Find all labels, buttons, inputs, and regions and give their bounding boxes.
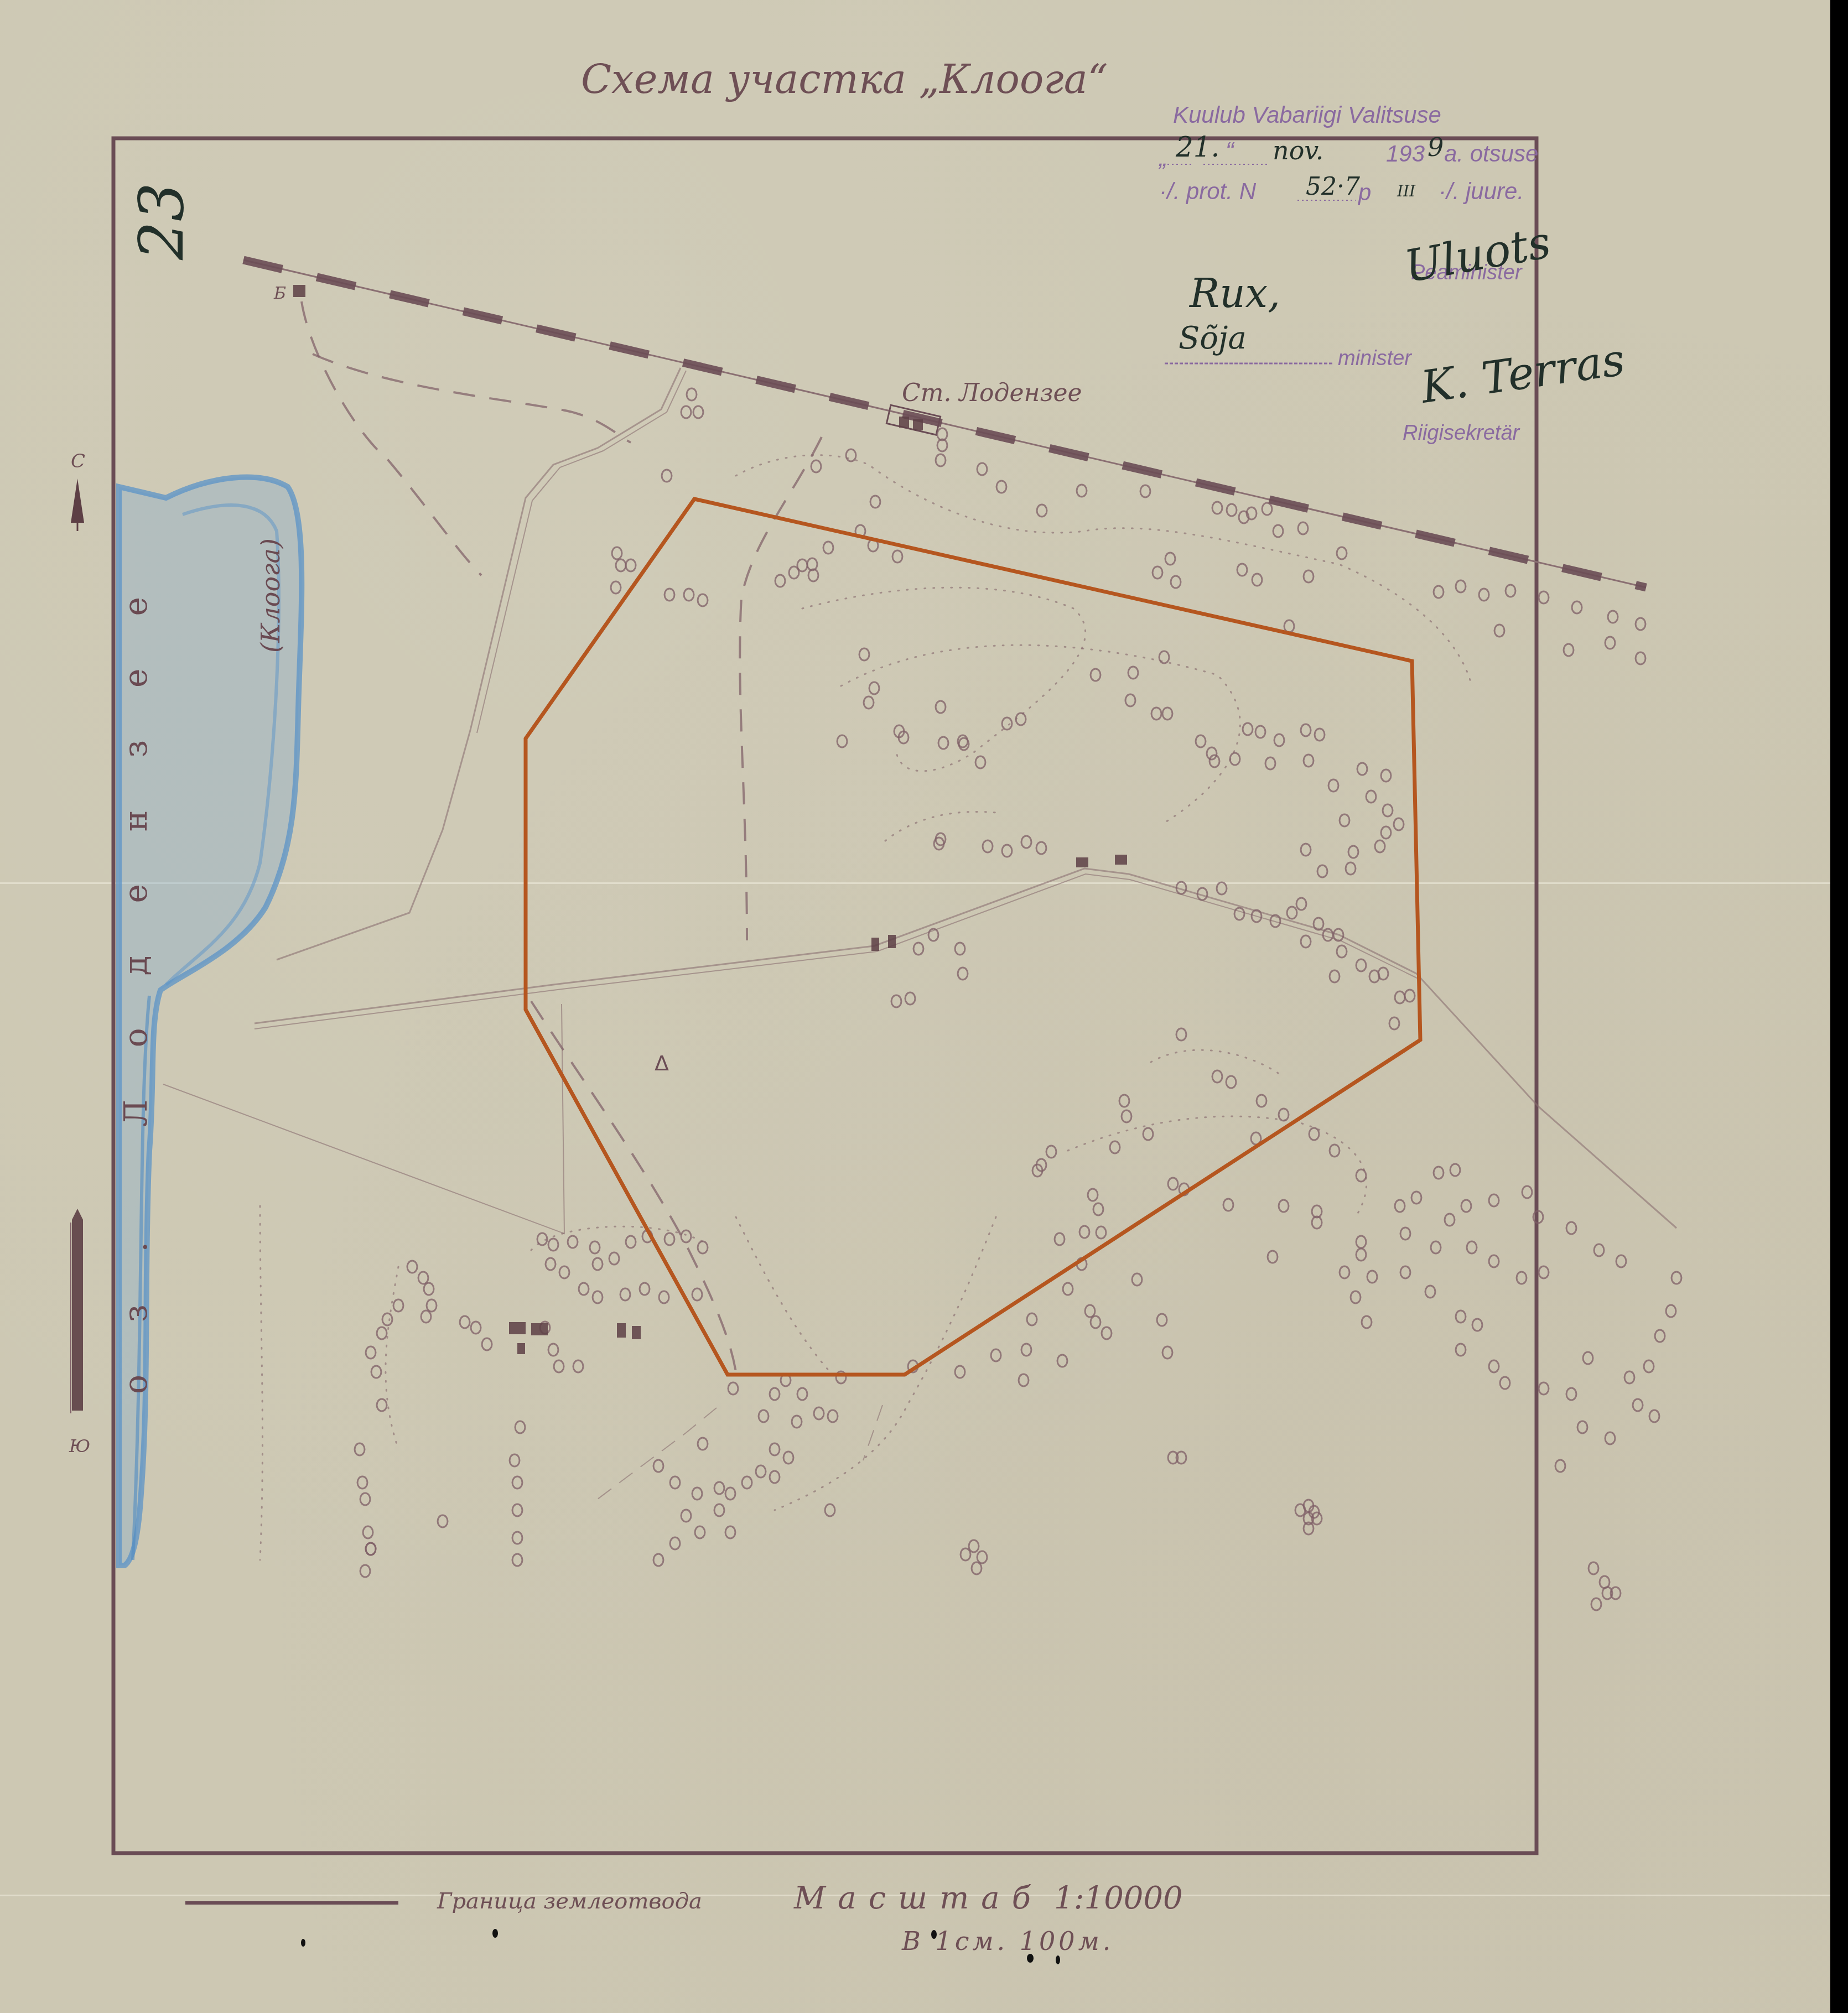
tree-icon <box>512 1554 522 1566</box>
tree-icon <box>938 737 948 749</box>
tree-icon <box>1636 618 1645 630</box>
tree-icon <box>512 1476 522 1489</box>
tree-icon <box>1522 1186 1532 1198</box>
tree-icon <box>1110 1141 1120 1153</box>
tree-icon <box>1323 929 1333 941</box>
tree-icon <box>612 547 622 559</box>
svg-text:„: „ <box>1158 144 1167 171</box>
north-label: С <box>71 450 85 472</box>
tree-icon <box>742 1476 752 1489</box>
tree-icon <box>626 1236 636 1248</box>
tree-icon <box>846 449 856 461</box>
tree-icon <box>665 1233 674 1245</box>
tree-icon <box>1337 547 1347 559</box>
marker-b: Б <box>273 284 286 303</box>
tree-icon <box>681 1230 691 1242</box>
tree-icon <box>515 1421 525 1433</box>
tree-icon <box>665 589 674 601</box>
tree-icon <box>611 581 621 594</box>
decision-year-digit: 9 <box>1427 132 1444 162</box>
tree-icon <box>681 406 691 418</box>
tree-icon <box>698 1438 708 1450</box>
tree-icon <box>936 454 946 466</box>
arrow-head-icon <box>71 478 84 523</box>
tree-icon <box>1295 1504 1305 1516</box>
tree-icon <box>1021 836 1031 848</box>
svg-text:·/. juure.: ·/. juure. <box>1439 178 1524 204</box>
tree-icon <box>955 1366 965 1378</box>
tree-icon <box>770 1443 780 1455</box>
tree-icon <box>825 1504 835 1516</box>
tree-icon <box>421 1310 431 1323</box>
tree-icon <box>1467 1241 1477 1253</box>
tree-icon <box>1572 601 1582 613</box>
tree-icon <box>725 1487 735 1500</box>
tree-icon <box>1624 1371 1634 1383</box>
tree-icon <box>759 1410 769 1422</box>
tree-icon <box>653 1460 663 1472</box>
tree-icon <box>1605 1432 1615 1444</box>
tree-icon <box>512 1504 522 1516</box>
tree-icon <box>1230 753 1240 765</box>
tree-icon <box>1494 625 1504 637</box>
tree-icon <box>695 1526 705 1538</box>
tree-icon <box>554 1360 564 1372</box>
tree-icon <box>792 1416 802 1428</box>
tree-icon <box>1314 918 1323 930</box>
tree-icon <box>1605 637 1615 649</box>
tree-icon <box>1381 769 1391 782</box>
tree-icon <box>1176 1028 1186 1041</box>
tree-icon <box>1367 1271 1377 1283</box>
tree-icon <box>1077 485 1087 497</box>
station-label: Ст. Лодензее <box>902 379 1082 407</box>
tree-icon <box>1337 945 1347 958</box>
tree-icon <box>1479 589 1489 601</box>
tree-icon <box>1500 1377 1510 1389</box>
map-title: Схема участка „Клоога“ <box>581 56 1108 102</box>
tree-icon <box>1301 724 1311 736</box>
tree-icon <box>698 1241 708 1253</box>
tree-icon <box>1037 504 1047 517</box>
tree-icon <box>692 1288 702 1301</box>
tree-icon <box>1091 669 1101 681</box>
tree-icon <box>1262 503 1272 515</box>
building-icon <box>1115 855 1127 865</box>
tree-icon <box>427 1299 437 1312</box>
tree-icon <box>1434 586 1444 598</box>
tree-icon <box>1362 1316 1372 1328</box>
tree-icon <box>1366 790 1376 803</box>
decision-month: nov. <box>1273 136 1323 165</box>
tree-icon <box>1461 1200 1471 1212</box>
tree-icon <box>360 1493 370 1505</box>
tree-icon <box>728 1382 738 1395</box>
tree-icon <box>991 1349 1001 1361</box>
tree-icon <box>1279 1200 1289 1212</box>
tree-icon <box>693 406 703 418</box>
tree-icon <box>756 1465 766 1478</box>
tree-icon <box>1564 644 1574 656</box>
tree-icon <box>659 1291 669 1303</box>
tree-icon <box>1140 485 1150 497</box>
tree-icon <box>1506 585 1515 597</box>
scale-ratio: 1:10000 <box>1054 1880 1183 1916</box>
tree-icon <box>996 481 1006 493</box>
building-symbols <box>293 285 1127 1354</box>
tree-icon <box>1591 1598 1601 1610</box>
tree-icon <box>1304 755 1314 767</box>
tree-icon <box>1036 842 1046 854</box>
tree-icon <box>1301 844 1311 856</box>
tree-icon <box>1171 576 1181 588</box>
tree-icon <box>1616 1255 1626 1267</box>
tree-icon <box>1356 1249 1366 1261</box>
building-icon <box>913 419 923 430</box>
tree-icon <box>1472 1319 1482 1331</box>
tree-icon <box>609 1252 619 1265</box>
tree-icon <box>892 550 902 563</box>
tree-icon <box>1102 1327 1112 1339</box>
legend-boundary-label: Граница землеотвода <box>437 1889 702 1914</box>
tree-icon <box>1330 970 1340 982</box>
tree-icon <box>548 1344 558 1356</box>
tree-icon <box>1096 1226 1106 1239</box>
tree-icon <box>1566 1388 1576 1400</box>
tree-icon <box>958 968 968 980</box>
tree-icon <box>1400 1266 1410 1278</box>
tree-icon <box>593 1291 603 1303</box>
tree-icon <box>1079 1226 1089 1238</box>
tree-icon <box>620 1288 630 1301</box>
tree-icon <box>1063 1283 1073 1295</box>
tree-icon <box>1317 865 1327 877</box>
tree-icon <box>393 1299 403 1312</box>
tree-icon <box>1168 1178 1178 1190</box>
tree-icon <box>1649 1410 1659 1422</box>
tree-icon <box>1671 1272 1681 1284</box>
tree-icon <box>573 1360 583 1372</box>
tree-icon <box>366 1346 376 1359</box>
signature-minister: Rux, <box>1188 270 1280 316</box>
tree-icon <box>1237 564 1247 576</box>
tree-icon <box>814 1407 824 1419</box>
tree-icon <box>975 756 985 768</box>
approval-stamp: Kuulub Vabariigi Valitsuse „ 21. “ nov. … <box>1158 102 1628 445</box>
svg-text:a. otsuse: a. otsuse <box>1444 141 1538 167</box>
tree-icon <box>692 1487 702 1500</box>
tree-icon <box>1226 1076 1236 1088</box>
tree-icon <box>590 1241 600 1253</box>
tree-icon <box>1644 1360 1654 1372</box>
tree-icon <box>1378 968 1388 980</box>
signature-riigisekretar: K. Terras <box>1416 334 1628 413</box>
building-icon <box>888 935 896 948</box>
tree-icon <box>972 1562 982 1574</box>
tree-icon <box>1356 959 1366 971</box>
tree-icon <box>1381 826 1391 839</box>
tree-icon <box>1016 713 1026 725</box>
tree-icon <box>698 594 708 606</box>
tree-icon <box>1207 747 1217 760</box>
tree-icon <box>1395 991 1405 1003</box>
tree-icon <box>1093 1203 1103 1215</box>
triangulation-point: Δ <box>655 1051 669 1075</box>
tree-icon <box>1434 1167 1444 1179</box>
tree-icon <box>1055 1233 1065 1245</box>
tree-icon <box>1539 1382 1549 1395</box>
tree-icon <box>977 463 987 475</box>
tree-icon <box>1489 1194 1499 1206</box>
tree-icon <box>568 1236 578 1248</box>
tree-icon <box>811 460 821 472</box>
tree-icon <box>371 1366 381 1378</box>
tree-icon <box>1304 570 1314 582</box>
map-canvas: 23 оз. Лодензее (Клоога) С Ю <box>0 0 1848 2013</box>
tree-icon <box>1489 1360 1499 1372</box>
tree-icon <box>424 1283 434 1295</box>
tree-icon <box>1357 763 1367 775</box>
tree-icon <box>837 735 847 747</box>
tree-icon <box>482 1338 492 1350</box>
tree-icon <box>1274 734 1284 746</box>
svg-text:“: “ <box>1226 138 1235 165</box>
tree-icon <box>1489 1255 1499 1267</box>
tree-icon <box>1389 1017 1399 1029</box>
tree-icon <box>1340 1266 1349 1278</box>
tree-icon <box>1088 1189 1098 1201</box>
tree-icon <box>1002 845 1012 857</box>
tree-icon <box>807 558 817 570</box>
tree-icon <box>662 470 672 482</box>
south-label: Ю <box>69 1435 90 1457</box>
tree-icon <box>1217 882 1227 894</box>
tree-icon <box>1346 862 1356 875</box>
tree-icon <box>1517 1272 1527 1284</box>
tree-icon <box>377 1399 387 1411</box>
tree-icon <box>1165 553 1175 565</box>
tree-icon <box>1431 1241 1441 1253</box>
building-icon <box>617 1323 626 1338</box>
tree-icon <box>546 1258 556 1270</box>
tree-icon <box>797 559 807 571</box>
tree-icon <box>357 1476 367 1489</box>
tree-icon <box>1608 611 1618 623</box>
arrow-shaft-icon <box>72 1209 83 1411</box>
tree-icon <box>1257 1095 1266 1107</box>
tree-icon <box>1057 1355 1067 1367</box>
tree-icon <box>382 1313 392 1325</box>
tree-icon <box>775 575 785 587</box>
svg-text:·/. prot. N: ·/. prot. N <box>1159 178 1257 204</box>
tree-icon <box>1223 1199 1233 1211</box>
tree-icon <box>1046 1146 1056 1158</box>
tree-icon <box>969 1540 979 1552</box>
tree-icon <box>579 1283 589 1295</box>
tree-icon <box>1456 580 1466 592</box>
tree-icon <box>1243 723 1253 735</box>
tree-icon <box>593 1258 603 1270</box>
tree-icon <box>548 1239 558 1251</box>
tree-icon <box>891 995 901 1007</box>
tree-icon <box>1411 1192 1421 1204</box>
tree-icon <box>1425 1286 1435 1298</box>
tree-icon <box>1356 1169 1366 1182</box>
building-icon <box>509 1322 526 1334</box>
decision-day: 21. <box>1175 131 1220 163</box>
tree-icon <box>913 943 923 955</box>
tree-icon <box>859 648 869 660</box>
svg-text:p: p <box>1357 179 1371 205</box>
tree-icon <box>1284 620 1294 632</box>
tree-icon <box>1209 755 1219 767</box>
tree-icon <box>1273 525 1283 537</box>
riigisekretar-label: Riigisekretär <box>1403 422 1520 445</box>
tree-icon <box>1400 1227 1410 1240</box>
tree-icon <box>783 1452 793 1464</box>
tree-icon <box>1539 1266 1549 1278</box>
tree-icon <box>870 496 880 508</box>
tree-icon <box>1252 574 1262 586</box>
tree-icon <box>366 1543 376 1555</box>
tree-icon <box>936 701 946 713</box>
tree-icon <box>983 840 993 852</box>
tree-icon <box>955 943 965 955</box>
scale-label: Масштаб <box>793 1880 1043 1916</box>
tree-icon <box>1394 818 1404 830</box>
tree-icon <box>864 696 874 709</box>
tree-icon <box>725 1526 735 1538</box>
tree-icon <box>1356 1236 1366 1248</box>
tree-icon <box>1002 717 1012 730</box>
tree-icon <box>1450 1164 1460 1176</box>
tree-icon <box>1265 757 1275 769</box>
tree-icon <box>1589 1562 1598 1574</box>
tree-icon <box>1583 1352 1593 1364</box>
tree-icon <box>687 388 697 400</box>
tree-icon <box>905 992 915 1005</box>
tree-icon <box>377 1327 387 1339</box>
tree-icon <box>1555 1460 1565 1472</box>
tree-icon <box>1196 735 1206 747</box>
tree-icon <box>714 1482 724 1494</box>
tree-icon <box>797 1388 807 1400</box>
building-icon <box>1076 857 1088 867</box>
tree-icon <box>1212 502 1222 514</box>
tree-icon <box>1132 1273 1142 1286</box>
tree-icon <box>1162 1346 1172 1359</box>
south-arrow: Ю <box>69 1209 90 1457</box>
building-icon <box>899 417 909 428</box>
tree-icon <box>653 1554 663 1566</box>
tree-icon <box>1666 1305 1676 1317</box>
building-icon <box>293 285 305 297</box>
tree-icon <box>1085 1305 1095 1317</box>
building-icon <box>871 938 879 951</box>
sheet-number: 23 <box>126 183 197 261</box>
tree-icon <box>1633 1399 1643 1411</box>
tree-icon <box>1119 1095 1129 1107</box>
tree-icon <box>1348 846 1358 858</box>
tree-icon <box>360 1565 370 1577</box>
tree-icon <box>670 1537 680 1549</box>
tree-icon <box>626 559 636 571</box>
tree-icon <box>934 838 944 850</box>
building-icon <box>632 1326 641 1339</box>
tree-icon <box>1328 779 1338 792</box>
tree-icon <box>1577 1421 1587 1433</box>
tree-icon <box>1268 1251 1278 1263</box>
tree-icon <box>1383 804 1393 816</box>
tree-icon <box>1456 1310 1466 1323</box>
tree-icon <box>961 1548 970 1561</box>
tree-icon <box>1298 522 1308 534</box>
tree-icon <box>1212 1070 1222 1083</box>
tree-icon <box>1162 708 1172 720</box>
tree-icon <box>1375 840 1385 852</box>
tree-icon <box>460 1316 470 1328</box>
tree-icon <box>1655 1330 1665 1342</box>
tree-icon <box>808 569 818 581</box>
tree-icon <box>418 1272 428 1284</box>
tree-icon <box>363 1526 373 1538</box>
tree-icon <box>512 1532 522 1544</box>
tree-icon <box>869 682 879 694</box>
tree-icon <box>1091 1316 1101 1328</box>
legend: Граница землеотвода Масштаб 1:10000 В 1с… <box>185 1880 1183 1956</box>
tree-icon <box>770 1471 780 1483</box>
tree-icon <box>1279 1109 1289 1121</box>
tree-icon <box>616 559 626 571</box>
tree-icon <box>977 1551 987 1563</box>
svg-text:оз. Лодензее: оз. Лодензее <box>117 544 154 1394</box>
signature-minister-role: Sõja <box>1179 320 1247 356</box>
minister-label: minister <box>1338 347 1412 370</box>
tree-icon <box>1566 1222 1576 1234</box>
tree-icon <box>471 1322 481 1334</box>
protocol-number: 52·7 <box>1306 173 1360 201</box>
tree-icon <box>1340 814 1349 826</box>
tree-icon <box>1153 566 1162 579</box>
tree-icon <box>670 1476 680 1489</box>
tree-icon <box>510 1454 520 1466</box>
svg-text:193: 193 <box>1386 141 1425 167</box>
tree-icon <box>1157 1314 1167 1326</box>
tree-icon <box>1128 667 1138 679</box>
tree-icon <box>1159 651 1169 663</box>
tree-icon <box>1351 1291 1361 1303</box>
tree-icon <box>1301 935 1311 948</box>
tree-icon <box>1636 652 1645 664</box>
tree-icon <box>1445 1214 1455 1226</box>
tree-icon <box>1594 1244 1604 1256</box>
tree-icon <box>1027 1313 1037 1325</box>
tree-icon <box>1234 908 1244 920</box>
tree-icon <box>1122 1110 1131 1122</box>
protocol-item: III <box>1397 182 1416 200</box>
tree-icon <box>1309 1128 1319 1140</box>
tree-icon <box>770 1388 780 1400</box>
tree-icon <box>684 589 694 601</box>
tree-icon <box>1021 1344 1031 1356</box>
building-icon <box>517 1343 525 1354</box>
tree-icon <box>1019 1374 1029 1386</box>
tree-icon <box>640 1283 650 1295</box>
tree-icon <box>1287 907 1297 919</box>
tree-icon <box>438 1515 448 1527</box>
building-icon <box>531 1323 548 1335</box>
tree-icon <box>1539 591 1549 604</box>
